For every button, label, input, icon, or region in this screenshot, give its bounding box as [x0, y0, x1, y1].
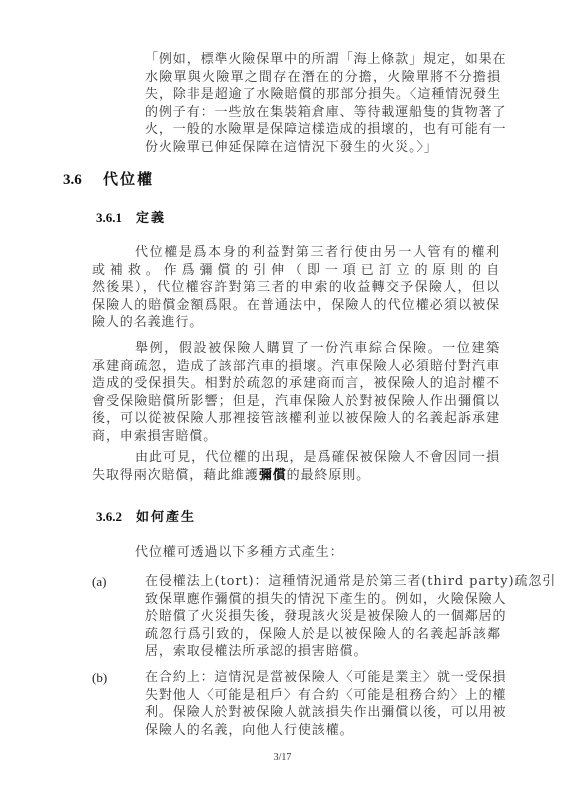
list-line: 利。保險人於對被保險人就該損失作出彌償以後，可以用被 [145, 704, 501, 722]
paragraph-line: 承建商疏忽，造成了該部汽車的損壞。汽車保險人必須賠付對汽車 [92, 358, 500, 376]
list-line: 致保單應作彌償的損失的情況下產生的。例如，火險保險人 [145, 591, 501, 609]
quote-line: 「例如，標準火險保單中的所謂「海上條款」規定，如果在 [145, 51, 501, 69]
emphasis-indemnity: 彌償 [259, 468, 287, 483]
quote-line: 的例子有：一些放在集裝箱倉庫、等待載運船隻的貨物著了 [145, 104, 501, 122]
subsection-title: 定義 [136, 211, 166, 226]
list-line: 疏忽行爲引致的，保險人於是以被保險人的名義起訴該鄰 [145, 626, 501, 644]
list-line: 失對他人〈可能是租戶〉有合約〈可能是租務合約〉上的權 [145, 687, 501, 705]
page-number: 3/17 [0, 752, 565, 763]
paragraph-line: 舉例，假設被保險人購買了一份汽車綜合保險。一位建築 [135, 340, 500, 358]
section-title: 代位權 [103, 170, 154, 188]
quote-line: 火，一般的水險單是保障這樣造成的損壞的，也有可能有一 [145, 121, 501, 139]
list-line: 居，索取侵權法所承認的損害賠償。 [145, 643, 501, 661]
quote-line: 失，除非是超逾了水險賠償的那部分損失。〈這種情況發生 [145, 86, 501, 104]
paragraph-line: 代位權是爲本身的利益對第三者行使由另一人管有的權利 [135, 244, 500, 262]
paragraph-line: 代位權可透過以下多種方式產生： [135, 544, 500, 562]
section-number: 3.6 [63, 172, 103, 189]
paragraph-line: 造成的受保損失。相對於疏忽的承建商而言，被保險人的追討權不 [92, 375, 500, 393]
quote-line: 份火險單已伸延保障在這情況下發生的火災。〉」 [145, 139, 501, 157]
paragraph-line: 由此可見，代位權的出現，是爲確保被保險人不會因同一損 [135, 449, 500, 467]
paragraph-line: 險人的名義進行。 [92, 314, 500, 332]
list-label: (b) [92, 669, 107, 687]
paragraph-line: 會受保險賠償所影響；但是，汽車保險人於對被保險人作出彌償以 [92, 393, 500, 411]
paragraph-line: 商，申索損害賠償。 [92, 428, 500, 446]
list-line: 在合約上：這情況是當被保險人〈可能是業主〉就一受保損 [145, 669, 501, 687]
paragraph-line: 保險人的賠償金額爲限。在普通法中，保險人的代位權必須以被保 [92, 297, 500, 315]
quote-line: 水險單與火險單之間存在潛在的分擔，火險單將不分擔損 [145, 69, 501, 87]
section-heading: 3.6代位權 [63, 168, 154, 189]
paragraph-line: 失取得兩次賠償，藉此維護彌償的最終原則。 [92, 467, 500, 485]
subsection-number: 3.6.2 [96, 509, 136, 525]
list-line: 在侵權法上(tort)：這種情況通常是於第三者(third party)疏忽引 [145, 573, 501, 591]
subsection-title: 如何產生 [136, 510, 196, 525]
paragraph-line: 後，可以從被保險人那裡接管該權利並以被保險人的名義起訴承建 [92, 410, 500, 428]
list-label: (a) [92, 573, 106, 591]
subsection-heading-how-arises: 3.6.2如何產生 [96, 506, 196, 525]
paragraph-line: 或補救。作爲彌償的引伸（即一項已訂立的原則的自 [92, 262, 500, 280]
list-line: 保險人的名義，向他人行使該權。 [145, 722, 501, 740]
list-line: 於賠償了火災損失後，發現該火災是被保險人的一個鄰居的 [145, 608, 501, 626]
subsection-heading-definition: 3.6.1定義 [96, 207, 166, 226]
paragraph-line: 然後果），代位權容許對第三者的申索的收益轉交予保險人，但以 [92, 279, 500, 297]
document-page: 「例如，標準火險保單中的所謂「海上條款」規定，如果在 水險單與火險單之間存在潛在… [0, 0, 565, 800]
subsection-number: 3.6.1 [96, 210, 136, 226]
